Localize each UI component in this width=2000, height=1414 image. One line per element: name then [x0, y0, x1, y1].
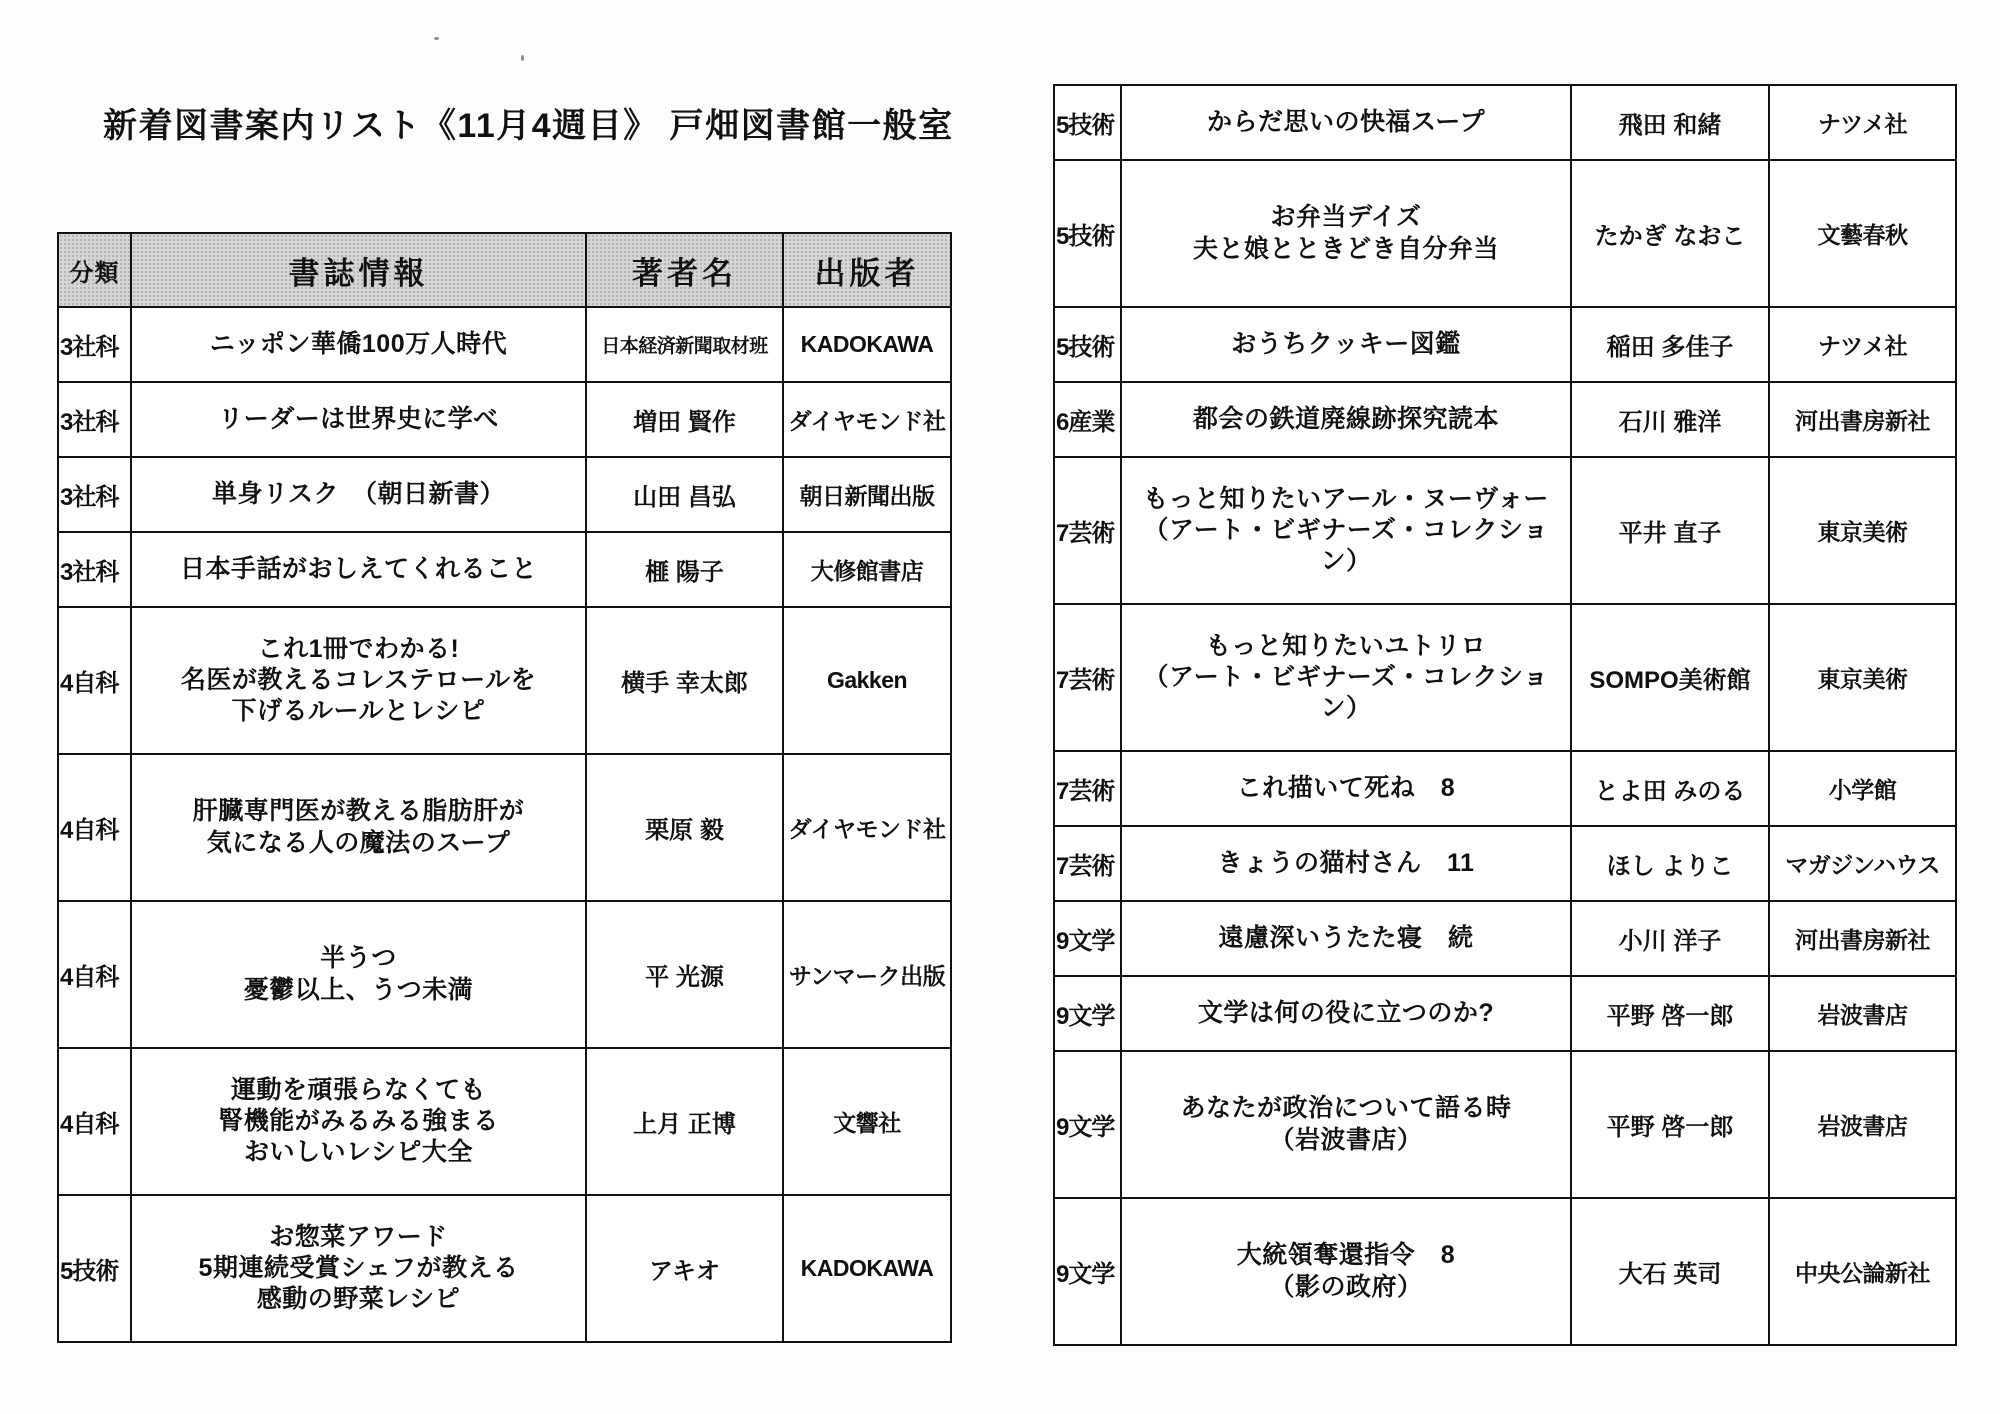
cell-author: 上月 正博 [586, 1048, 783, 1195]
cell-category: 3社科 [58, 532, 131, 607]
cell-author: 石川 雅洋 [1571, 382, 1769, 457]
cell-category: 4自科 [58, 1048, 131, 1195]
cell-publisher: ナツメ社 [1769, 85, 1956, 160]
cell-publisher: 文響社 [783, 1048, 951, 1195]
cell-publisher: 中央公論新社 [1769, 1198, 1956, 1345]
table-row: 5技術 お惣菜アワード5期連続受賞シェフが教える感動の野菜レシピ アキオ KAD… [58, 1195, 951, 1342]
cell-category: 6産業 [1054, 382, 1121, 457]
cell-category: 5技術 [1054, 160, 1121, 307]
cell-author: 平野 啓一郎 [1571, 1051, 1769, 1198]
cell-category: 5技術 [1054, 307, 1121, 382]
cell-publisher: ナツメ社 [1769, 307, 1956, 382]
table-row: 7芸術 もっと知りたいユトリロ（アート・ビギナーズ・コレクション） SOMPO美… [1054, 604, 1956, 751]
cell-category: 3社科 [58, 457, 131, 532]
cell-book-title: 肝臓専門医が教える脂肪肝が気になる人の魔法のスープ [131, 754, 586, 901]
table-row: 4自科 肝臓専門医が教える脂肪肝が気になる人の魔法のスープ 栗原 毅 ダイヤモン… [58, 754, 951, 901]
page-title: 新着図書案内リスト《11月4週目》 戸畑図書館一般室 [103, 98, 954, 147]
cell-author: 平野 啓一郎 [1571, 976, 1769, 1051]
table-row: 6産業 都会の鉄道廃線跡探究読本 石川 雅洋 河出書房新社 [1054, 382, 1956, 457]
cell-book-title: もっと知りたいアール・ヌーヴォー（アート・ビギナーズ・コレクション） [1121, 457, 1571, 604]
cell-publisher: Gakken [783, 607, 951, 754]
cell-book-title: これ1冊でわかる!名医が教えるコレステロールを下げるルールとレシピ [131, 607, 586, 754]
cell-author: 小川 洋子 [1571, 901, 1769, 976]
header-bibliographic-info: 書誌情報 [131, 233, 586, 307]
cell-author: 山田 昌弘 [586, 457, 783, 532]
cell-author: 飛田 和緒 [1571, 85, 1769, 160]
cell-book-title: 単身リスク （朝日新書） [131, 457, 586, 532]
header-category: 分類 [58, 233, 131, 307]
cell-author: ほし よりこ [1571, 826, 1769, 901]
table-row: 9文学 大統領奪還指令 8（影の政府） 大石 英司 中央公論新社 [1054, 1198, 1956, 1345]
header-author: 著者名 [586, 233, 783, 307]
cell-category: 7芸術 [1054, 826, 1121, 901]
cell-book-title: 大統領奪還指令 8（影の政府） [1121, 1198, 1571, 1345]
cell-publisher: 東京美術 [1769, 457, 1956, 604]
table-row: 5技術 お弁当デイズ夫と娘とときどき自分弁当 たかぎ なおこ 文藝春秋 [1054, 160, 1956, 307]
cell-book-title: おうちクッキー図鑑 [1121, 307, 1571, 382]
cell-category: 5技術 [1054, 85, 1121, 160]
cell-book-title: 文学は何の役に立つのか? [1121, 976, 1571, 1051]
header-publisher: 出版者 [783, 233, 951, 307]
table-row: 3社科 リーダーは世界史に学べ 増田 賢作 ダイヤモンド社 [58, 382, 951, 457]
cell-category: 5技術 [58, 1195, 131, 1342]
book-table-right: 5技術 からだ思いの快福スープ 飛田 和緒 ナツメ社 5技術 お弁当デイズ夫と娘… [1053, 84, 1957, 1346]
cell-author: たかぎ なおこ [1571, 160, 1769, 307]
cell-book-title: からだ思いの快福スープ [1121, 85, 1571, 160]
cell-publisher: 朝日新聞出版 [783, 457, 951, 532]
table-row: 7芸術 もっと知りたいアール・ヌーヴォー（アート・ビギナーズ・コレクション） 平… [1054, 457, 1956, 604]
cell-author: 平井 直子 [1571, 457, 1769, 604]
table-row: 7芸術 きょうの猫村さん 11 ほし よりこ マガジンハウス [1054, 826, 1956, 901]
scan-speck [434, 37, 439, 40]
cell-author: 平 光源 [586, 901, 783, 1048]
table-row: 3社科 日本手話がおしえてくれること 榧 陽子 大修館書店 [58, 532, 951, 607]
cell-category: 9文学 [1054, 901, 1121, 976]
table-row: 7芸術 これ描いて死ね 8 とよ田 みのる 小学館 [1054, 751, 1956, 826]
table-row: 5技術 おうちクッキー図鑑 稲田 多佳子 ナツメ社 [1054, 307, 1956, 382]
scanned-page: 新着図書案内リスト《11月4週目》 戸畑図書館一般室 分類 書誌情報 著者名 出… [0, 0, 2000, 1414]
cell-category: 9文学 [1054, 1051, 1121, 1198]
cell-publisher: 岩波書店 [1769, 1051, 1956, 1198]
cell-author: 日本経済新聞取材班 [586, 307, 783, 382]
scan-speck [521, 55, 524, 61]
cell-book-title: 運動を頑張らなくても腎機能がみるみる強まるおいしいレシピ大全 [131, 1048, 586, 1195]
cell-book-title: これ描いて死ね 8 [1121, 751, 1571, 826]
cell-publisher: 岩波書店 [1769, 976, 1956, 1051]
cell-book-title: 日本手話がおしえてくれること [131, 532, 586, 607]
cell-author: SOMPO美術館 [1571, 604, 1769, 751]
cell-publisher: KADOKAWA [783, 1195, 951, 1342]
cell-book-title: あなたが政治について語る時（岩波書店） [1121, 1051, 1571, 1198]
cell-category: 9文学 [1054, 1198, 1121, 1345]
cell-book-title: 半うつ憂鬱以上、うつ未満 [131, 901, 586, 1048]
table-row: 9文学 遠慮深いうたた寝 続 小川 洋子 河出書房新社 [1054, 901, 1956, 976]
table-row: 3社科 単身リスク （朝日新書） 山田 昌弘 朝日新聞出版 [58, 457, 951, 532]
table-row: 3社科 ニッポン華僑100万人時代 日本経済新聞取材班 KADOKAWA [58, 307, 951, 382]
cell-author: 榧 陽子 [586, 532, 783, 607]
book-table-left: 分類 書誌情報 著者名 出版者 3社科 ニッポン華僑100万人時代 日本経済新聞… [57, 232, 952, 1343]
cell-author: 栗原 毅 [586, 754, 783, 901]
cell-publisher: サンマーク出版 [783, 901, 951, 1048]
cell-publisher: ダイヤモンド社 [783, 382, 951, 457]
cell-category: 7芸術 [1054, 457, 1121, 604]
cell-publisher: 河出書房新社 [1769, 382, 1956, 457]
table-header: 分類 書誌情報 著者名 出版者 [58, 233, 951, 307]
cell-book-title: 都会の鉄道廃線跡探究読本 [1121, 382, 1571, 457]
cell-author: 稲田 多佳子 [1571, 307, 1769, 382]
cell-publisher: 河出書房新社 [1769, 901, 1956, 976]
cell-book-title: リーダーは世界史に学べ [131, 382, 586, 457]
cell-book-title: お惣菜アワード5期連続受賞シェフが教える感動の野菜レシピ [131, 1195, 586, 1342]
header-row: 分類 書誌情報 著者名 出版者 [58, 233, 951, 307]
table-row: 9文学 あなたが政治について語る時（岩波書店） 平野 啓一郎 岩波書店 [1054, 1051, 1956, 1198]
cell-category: 3社科 [58, 307, 131, 382]
cell-author: 横手 幸太郎 [586, 607, 783, 754]
cell-category: 9文学 [1054, 976, 1121, 1051]
table-row: 5技術 からだ思いの快福スープ 飛田 和緒 ナツメ社 [1054, 85, 1956, 160]
cell-author: アキオ [586, 1195, 783, 1342]
cell-publisher: 小学館 [1769, 751, 1956, 826]
cell-publisher: マガジンハウス [1769, 826, 1956, 901]
cell-book-title: お弁当デイズ夫と娘とときどき自分弁当 [1121, 160, 1571, 307]
table-row: 4自科 半うつ憂鬱以上、うつ未満 平 光源 サンマーク出版 [58, 901, 951, 1048]
table-row: 4自科 運動を頑張らなくても腎機能がみるみる強まるおいしいレシピ大全 上月 正博… [58, 1048, 951, 1195]
cell-category: 3社科 [58, 382, 131, 457]
cell-book-title: ニッポン華僑100万人時代 [131, 307, 586, 382]
cell-category: 4自科 [58, 901, 131, 1048]
table-row: 9文学 文学は何の役に立つのか? 平野 啓一郎 岩波書店 [1054, 976, 1956, 1051]
cell-category: 4自科 [58, 607, 131, 754]
cell-publisher: 大修館書店 [783, 532, 951, 607]
cell-publisher: KADOKAWA [783, 307, 951, 382]
cell-author: とよ田 みのる [1571, 751, 1769, 826]
cell-category: 4自科 [58, 754, 131, 901]
cell-author: 増田 賢作 [586, 382, 783, 457]
cell-author: 大石 英司 [1571, 1198, 1769, 1345]
cell-publisher: ダイヤモンド社 [783, 754, 951, 901]
cell-book-title: きょうの猫村さん 11 [1121, 826, 1571, 901]
cell-book-title: 遠慮深いうたた寝 続 [1121, 901, 1571, 976]
cell-category: 7芸術 [1054, 751, 1121, 826]
cell-publisher: 文藝春秋 [1769, 160, 1956, 307]
cell-category: 7芸術 [1054, 604, 1121, 751]
cell-book-title: もっと知りたいユトリロ（アート・ビギナーズ・コレクション） [1121, 604, 1571, 751]
cell-publisher: 東京美術 [1769, 604, 1956, 751]
table-row: 4自科 これ1冊でわかる!名医が教えるコレステロールを下げるルールとレシピ 横手… [58, 607, 951, 754]
